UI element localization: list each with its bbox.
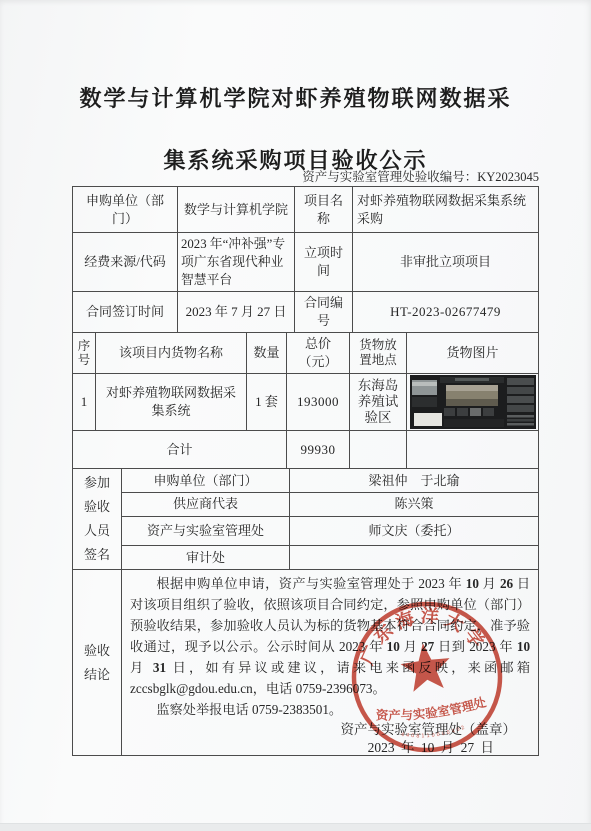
participant-role: 审计处 [122,545,290,569]
item-total-price: 193000 [287,374,350,431]
conclusion-paragraph: 根据申购单位申请，资产与实验室管理处于 2023 年 10 月 26 日对该项目… [130,573,530,699]
scan-edge-shadow [0,823,591,831]
participant-names: 梁祖仲 于北瑜 [290,469,539,493]
document-tables: 申购单位（部门） 数学与计算机学院 项目名称 对虾养殖物联网数据采集系统采购 经… [72,186,538,756]
conclusion-label-cell: 验收结论 [73,570,122,756]
text-run-bold: 26 [500,576,513,591]
label-contract-number: 合同编号 [295,292,353,333]
label-funding-source: 经费来源/代码 [73,233,178,292]
text-run: 月 [130,660,153,675]
col-header-location: 货物放置地点 [350,333,407,374]
text-run-bold: 10 [466,576,479,591]
col-header-goods-photo: 货物图片 [407,333,539,374]
table-row: 经费来源/代码 2023 年“冲补强”专项广东省现代种业智慧平台 立项时间 非审… [73,233,539,292]
label-contract-sign-date: 合同签订时间 [73,292,178,333]
participant-row: 供应商代表 陈兴策 [73,493,539,516]
goods-total-row: 合计 99930 [73,431,539,469]
participant-row: 资产与实验室管理处 师文庆（委托） [73,516,539,545]
participant-names: 师文庆（委托） [290,516,539,545]
table-row: 合同签订时间 2023 年 7 月 27 日 合同编号 HT-2023-0267… [73,292,539,333]
conclusion-label: 验收结论 [83,639,112,687]
conclusion-content: 根据申购单位申请，资产与实验室管理处于 2023 年 10 月 26 日对该项目… [122,570,538,755]
scanned-document-page: 数学与计算机学院对虾养殖物联网数据采 集系统采购项目验收公示 资产与实验室管理处… [0,0,591,831]
value-funding-source: 2023 年“冲补强”专项广东省现代种业智慧平台 [178,233,295,292]
signature-unit: 资产与实验室管理处（盖章） [130,722,530,737]
participant-names: 陈兴策 [290,493,539,516]
text-run-bold: 27 [421,639,434,654]
item-goods-name: 对虾养殖物联网数据采集系统 [96,374,247,431]
value-project-name: 对虾养殖物联网数据采集系统采购 [353,187,539,233]
participant-role: 申购单位（部门） [122,469,290,493]
goods-photo [408,375,537,429]
participant-row: 审计处 [73,545,539,569]
conclusion-table: 验收结论 根据申购单位申请，资产与实验室管理处于 2023 年 10 月 26 … [72,569,539,756]
text-run: 日，如有异议或建议，请来电来函反映，来函邮箱 zccsbglk@gdou.edu… [130,660,530,696]
project-info-table: 申购单位（部门） 数学与计算机学院 项目名称 对虾养殖物联网数据采集系统采购 经… [72,186,539,333]
total-value: 99930 [287,431,350,469]
value-contract-sign-date: 2023 年 7 月 27 日 [178,292,295,333]
conclusion-content-cell: 根据申购单位申请，资产与实验室管理处于 2023 年 10 月 26 日对该项目… [122,570,539,756]
page-title-line1: 数学与计算机学院对虾养殖物联网数据采 [0,84,591,114]
col-header-goods-name: 该项目内货物名称 [96,333,247,374]
participant-role: 资产与实验室管理处 [122,516,290,545]
goods-photo-image [410,375,536,429]
signature-block: 资产与实验室管理处（盖章） 2023 年 10 月 27 日 [130,722,530,755]
table-row: 申购单位（部门） 数学与计算机学院 项目名称 对虾养殖物联网数据采集系统采购 [73,187,539,233]
participants-group-label-cell: 参加验收人员签名 [73,469,122,570]
col-header-quantity: 数量 [247,333,287,374]
participant-names [290,545,539,569]
text-run: 日到 2023 年 [434,639,517,654]
text-run-bold: 10 [517,639,530,654]
text-run: 月 [479,576,500,591]
item-quantity: 1 套 [247,374,287,431]
text-run: 月 [400,639,421,654]
acceptance-ref-number: 资产与实验室管理处验收编号：KY2023045 [0,167,539,185]
goods-item-row: 1 对虾养殖物联网数据采集系统 1 套 193000 东海岛养殖试验区 [73,374,539,431]
item-index: 1 [73,374,96,431]
goods-header-row: 序号 该项目内货物名称 数量 总价（元） 货物放置地点 货物图片 [73,333,539,374]
conclusion-row: 验收结论 根据申购单位申请，资产与实验室管理处于 2023 年 10 月 26 … [73,570,539,756]
total-empty-photo [407,431,539,469]
text-run: 根据申购单位申请，资产与实验室管理处于 2023 年 [156,576,465,591]
label-purchasing-unit: 申购单位（部门） [73,187,178,233]
goods-table: 序号 该项目内货物名称 数量 总价（元） 货物放置地点 货物图片 1 对虾养殖物… [72,332,539,469]
signature-date: 2023 年 10 月 27 日 [130,740,530,755]
value-contract-number: HT-2023-02677479 [353,292,539,333]
participants-table: 参加验收人员签名 申购单位（部门） 梁祖仲 于北瑜 供应商代表 陈兴策 资产与实… [72,468,539,570]
text-run-bold: 31 [153,660,166,675]
item-location: 东海岛养殖试验区 [350,374,407,431]
conclusion-report-line: 监察处举报电话 0759-2383501。 [130,699,530,720]
item-photo-cell [407,374,539,431]
total-empty-location [350,431,407,469]
col-header-total-price: 总价（元） [287,333,350,374]
value-purchasing-unit: 数学与计算机学院 [178,187,295,233]
participants-group-label: 参加验收人员签名 [83,471,112,567]
value-approval-time: 非审批立项项目 [353,233,539,292]
col-header-index: 序号 [73,333,96,374]
total-label: 合计 [73,431,287,469]
label-approval-time: 立项时间 [295,233,353,292]
participant-role: 供应商代表 [122,493,290,516]
participant-row: 参加验收人员签名 申购单位（部门） 梁祖仲 于北瑜 [73,469,539,493]
label-project-name: 项目名称 [295,187,353,233]
text-run-bold: 10 [387,639,400,654]
